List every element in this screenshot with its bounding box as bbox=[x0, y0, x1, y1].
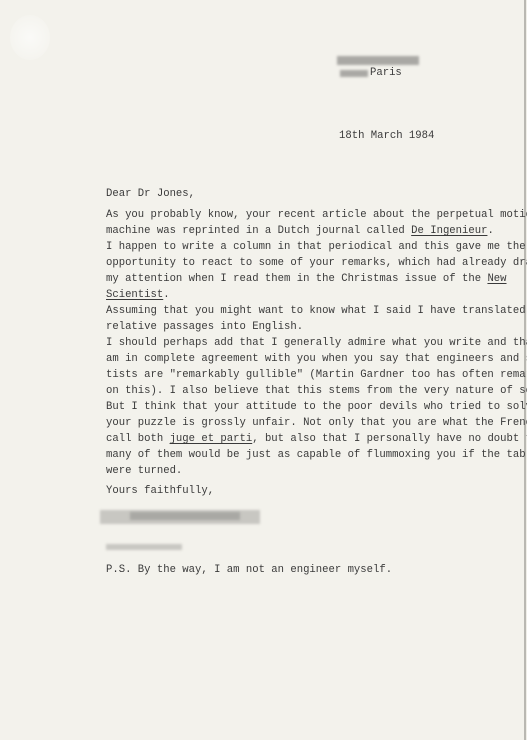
redacted-signature-detail bbox=[130, 512, 240, 520]
sender-city: Paris bbox=[370, 64, 402, 82]
journal-title: De Ingenieur bbox=[411, 225, 487, 237]
closing: Yours faithfully, bbox=[106, 482, 214, 500]
body-line-17: were turned. bbox=[106, 462, 182, 480]
letter-page: Paris 18th March 1984 Dear Dr Jones, As … bbox=[0, 0, 526, 740]
french-phrase: juge et parti bbox=[170, 433, 253, 445]
paper-stain bbox=[10, 15, 50, 60]
letter-date: 18th March 1984 bbox=[339, 127, 434, 145]
postscript: P.S. By the way, I am not an engineer my… bbox=[106, 561, 392, 579]
salutation: Dear Dr Jones, bbox=[106, 185, 195, 203]
redacted-sender-street bbox=[340, 70, 368, 77]
magazine-title-part1: New bbox=[487, 273, 506, 285]
magazine-title-part2: Scientist bbox=[106, 289, 163, 301]
redacted-typed-name bbox=[106, 544, 182, 550]
